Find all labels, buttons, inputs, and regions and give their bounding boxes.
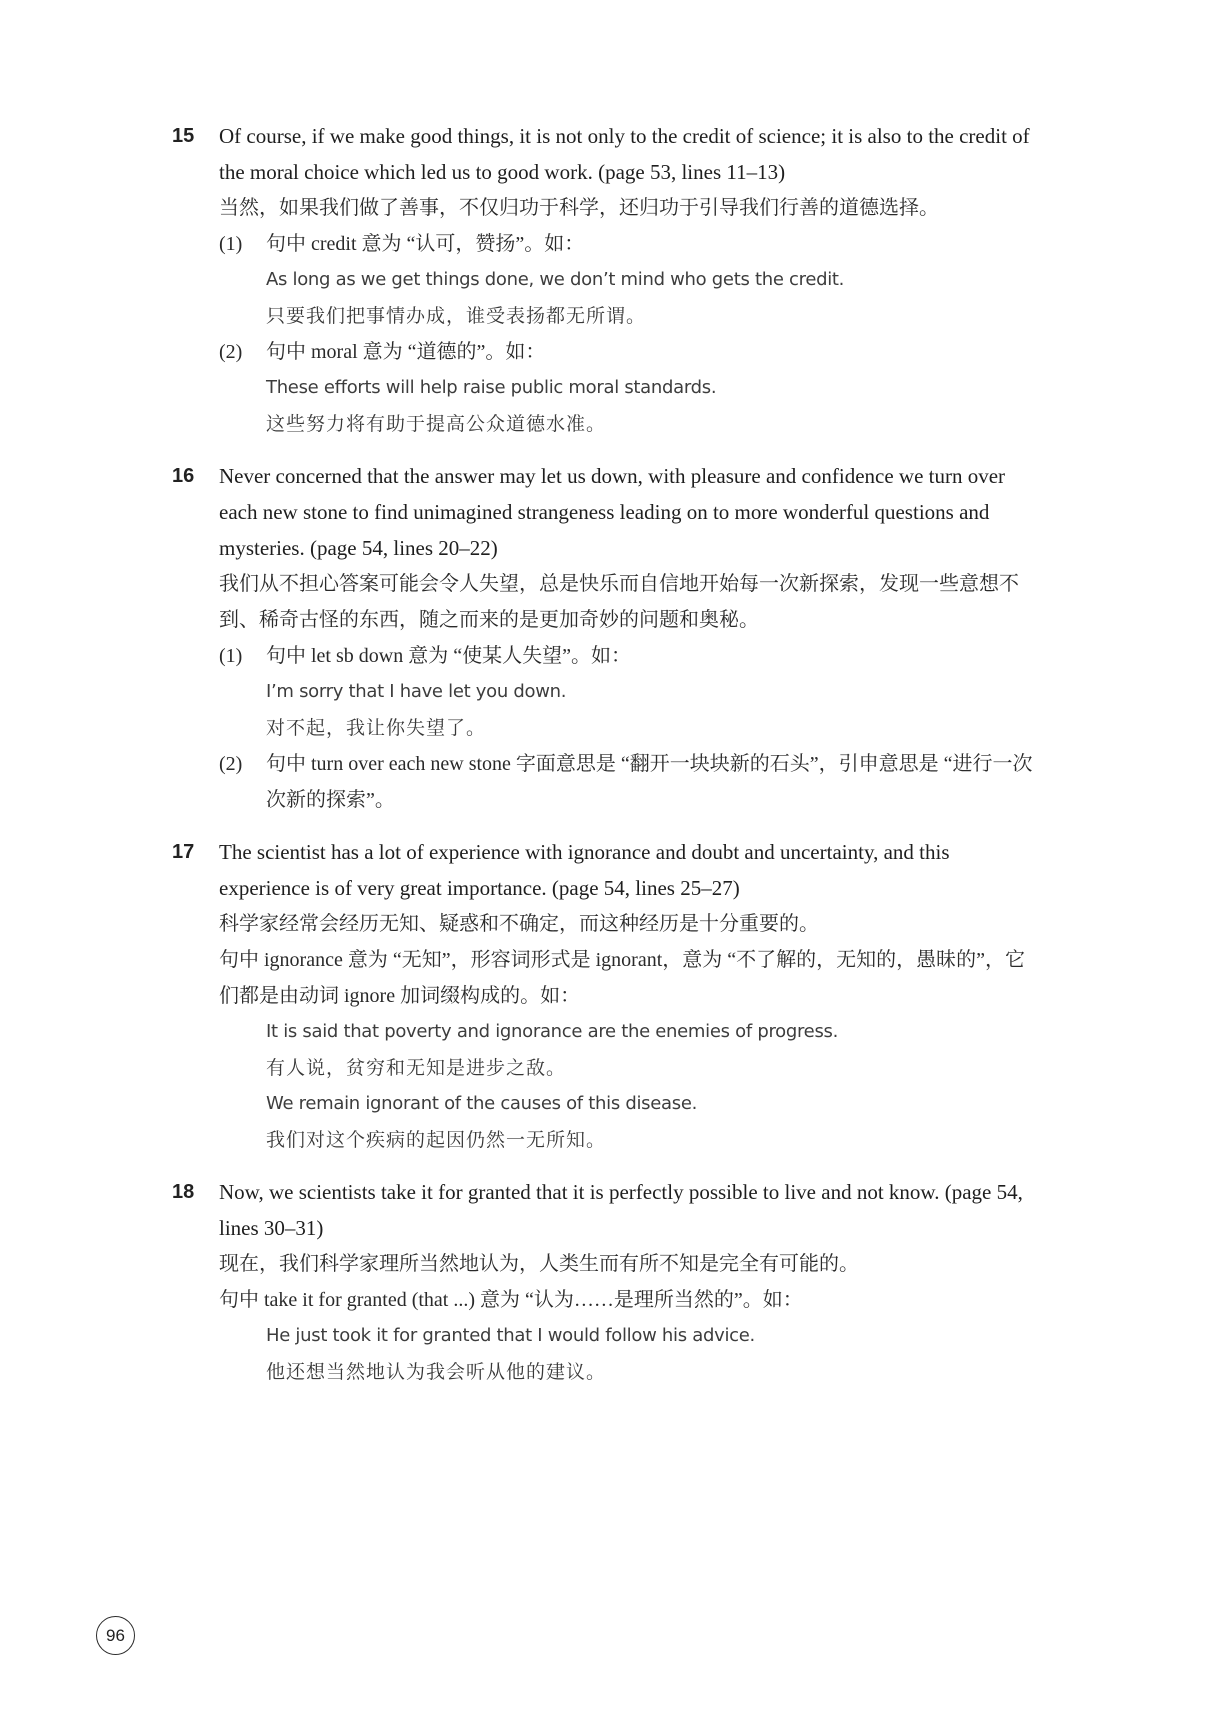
item-english-text: Never concerned that the answer may let … <box>219 458 1044 566</box>
example-sentence-english: These efforts will help raise public mor… <box>266 370 1044 406</box>
item-number: 15 <box>172 118 219 442</box>
page-number-badge: 96 <box>96 1616 135 1655</box>
sub-point: (1) 句中 credit 意为 “认可，赞扬”。如： <box>219 226 1044 262</box>
sub-point-text: 句中 turn over each new stone 字面意思是 “翻开一块块… <box>266 746 1044 818</box>
page-number: 96 <box>106 1626 125 1646</box>
example-sentence-chinese: 对不起，我让你失望了。 <box>266 710 1044 746</box>
item-number: 17 <box>172 834 219 1158</box>
item-english-text: Of course, if we make good things, it is… <box>219 118 1044 190</box>
item-body: Now, we scientists take it for granted t… <box>219 1174 1044 1390</box>
example-sentence-chinese: 我们对这个疾病的起因仍然一无所知。 <box>266 1122 1044 1158</box>
sub-point-marker: (1) <box>219 638 266 674</box>
example-sentence-english: I’m sorry that I have let you down. <box>266 674 1044 710</box>
item-body: Of course, if we make good things, it is… <box>219 118 1044 442</box>
usage-note: 句中 ignorance 意为 “无知”，形容词形式是 ignorant，意为 … <box>219 942 1044 1014</box>
explanation-item: 17 The scientist has a lot of experience… <box>172 834 1044 1158</box>
item-body: Never concerned that the answer may let … <box>219 458 1044 818</box>
item-body: The scientist has a lot of experience wi… <box>219 834 1044 1158</box>
example-sentence-chinese: 有人说，贫穷和无知是进步之敌。 <box>266 1050 1044 1086</box>
example-sentence-chinese: 他还想当然地认为我会听从他的建议。 <box>266 1354 1044 1390</box>
example-sentence-english: It is said that poverty and ignorance ar… <box>266 1014 1044 1050</box>
sub-point: (2) 句中 moral 意为 “道德的”。如： <box>219 334 1044 370</box>
sub-point: (2) 句中 turn over each new stone 字面意思是 “翻… <box>219 746 1044 818</box>
item-english-text: Now, we scientists take it for granted t… <box>219 1174 1044 1246</box>
explanation-item: 18 Now, we scientists take it for grante… <box>172 1174 1044 1390</box>
item-chinese-translation: 现在，我们科学家理所当然地认为，人类生而有所不知是完全有可能的。 <box>219 1246 1044 1282</box>
example-sentence-english: He just took it for granted that I would… <box>266 1318 1044 1354</box>
example-sentence-chinese: 只要我们把事情办成，谁受表扬都无所谓。 <box>266 298 1044 334</box>
sub-point-marker: (2) <box>219 746 266 818</box>
item-chinese-translation: 当然，如果我们做了善事，不仅归功于科学，还归功于引导我们行善的道德选择。 <box>219 190 1044 226</box>
item-number: 18 <box>172 1174 219 1390</box>
item-chinese-translation: 科学家经常会经历无知、疑惑和不确定，而这种经历是十分重要的。 <box>219 906 1044 942</box>
explanation-item: 16 Never concerned that the answer may l… <box>172 458 1044 818</box>
example-sentence-english: We remain ignorant of the causes of this… <box>266 1086 1044 1122</box>
item-english-text: The scientist has a lot of experience wi… <box>219 834 1044 906</box>
explanation-item: 15 Of course, if we make good things, it… <box>172 118 1044 442</box>
sub-point-text: 句中 credit 意为 “认可，赞扬”。如： <box>266 226 1044 262</box>
item-chinese-translation: 我们从不担心答案可能会令人失望，总是快乐而自信地开始每一次新探索，发现一些意想不… <box>219 566 1044 638</box>
sub-point-text: 句中 moral 意为 “道德的”。如： <box>266 334 1044 370</box>
sub-point-text: 句中 let sb down 意为 “使某人失望”。如： <box>266 638 1044 674</box>
usage-note: 句中 take it for granted (that ...) 意为 “认为… <box>219 1282 1044 1318</box>
item-number: 16 <box>172 458 219 818</box>
sub-point-marker: (1) <box>219 226 266 262</box>
page-content: 15 Of course, if we make good things, it… <box>172 118 1044 1406</box>
sub-point-marker: (2) <box>219 334 266 370</box>
sub-point: (1) 句中 let sb down 意为 “使某人失望”。如： <box>219 638 1044 674</box>
example-sentence-english: As long as we get things done, we don’t … <box>266 262 1044 298</box>
example-sentence-chinese: 这些努力将有助于提高公众道德水准。 <box>266 406 1044 442</box>
